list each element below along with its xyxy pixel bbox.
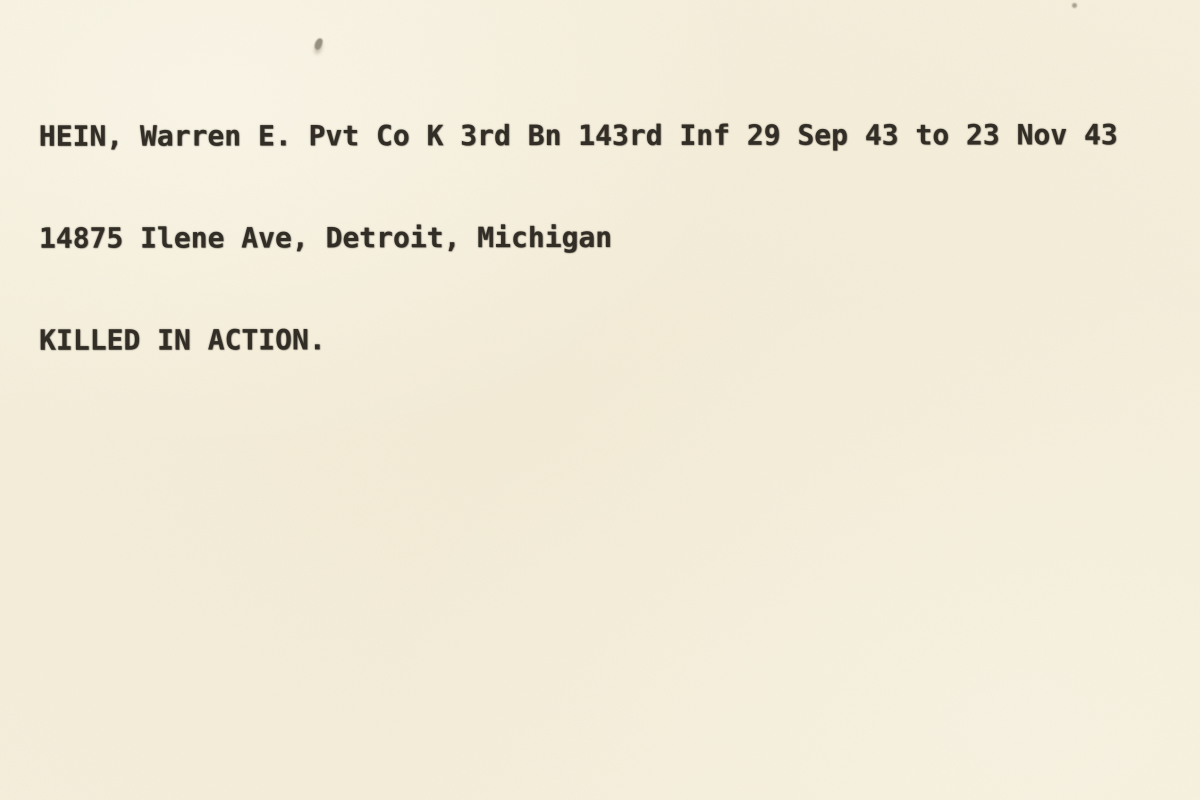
index-card: HEIN, Warren E. Pvt Co K 3rd Bn 143rd In… — [0, 0, 1200, 800]
card-line-service-record: HEIN, Warren E. Pvt Co K 3rd Bn 143rd In… — [39, 118, 1118, 154]
card-line-address: 14875 Ilene Ave, Detroit, Michigan — [39, 220, 1118, 256]
card-text-block: HEIN, Warren E. Pvt Co K 3rd Bn 143rd In… — [39, 50, 1118, 426]
card-line-status: KILLED IN ACTION. — [39, 322, 1118, 358]
scan-speck-mark — [1072, 3, 1077, 8]
ink-smudge-mark — [313, 37, 323, 51]
